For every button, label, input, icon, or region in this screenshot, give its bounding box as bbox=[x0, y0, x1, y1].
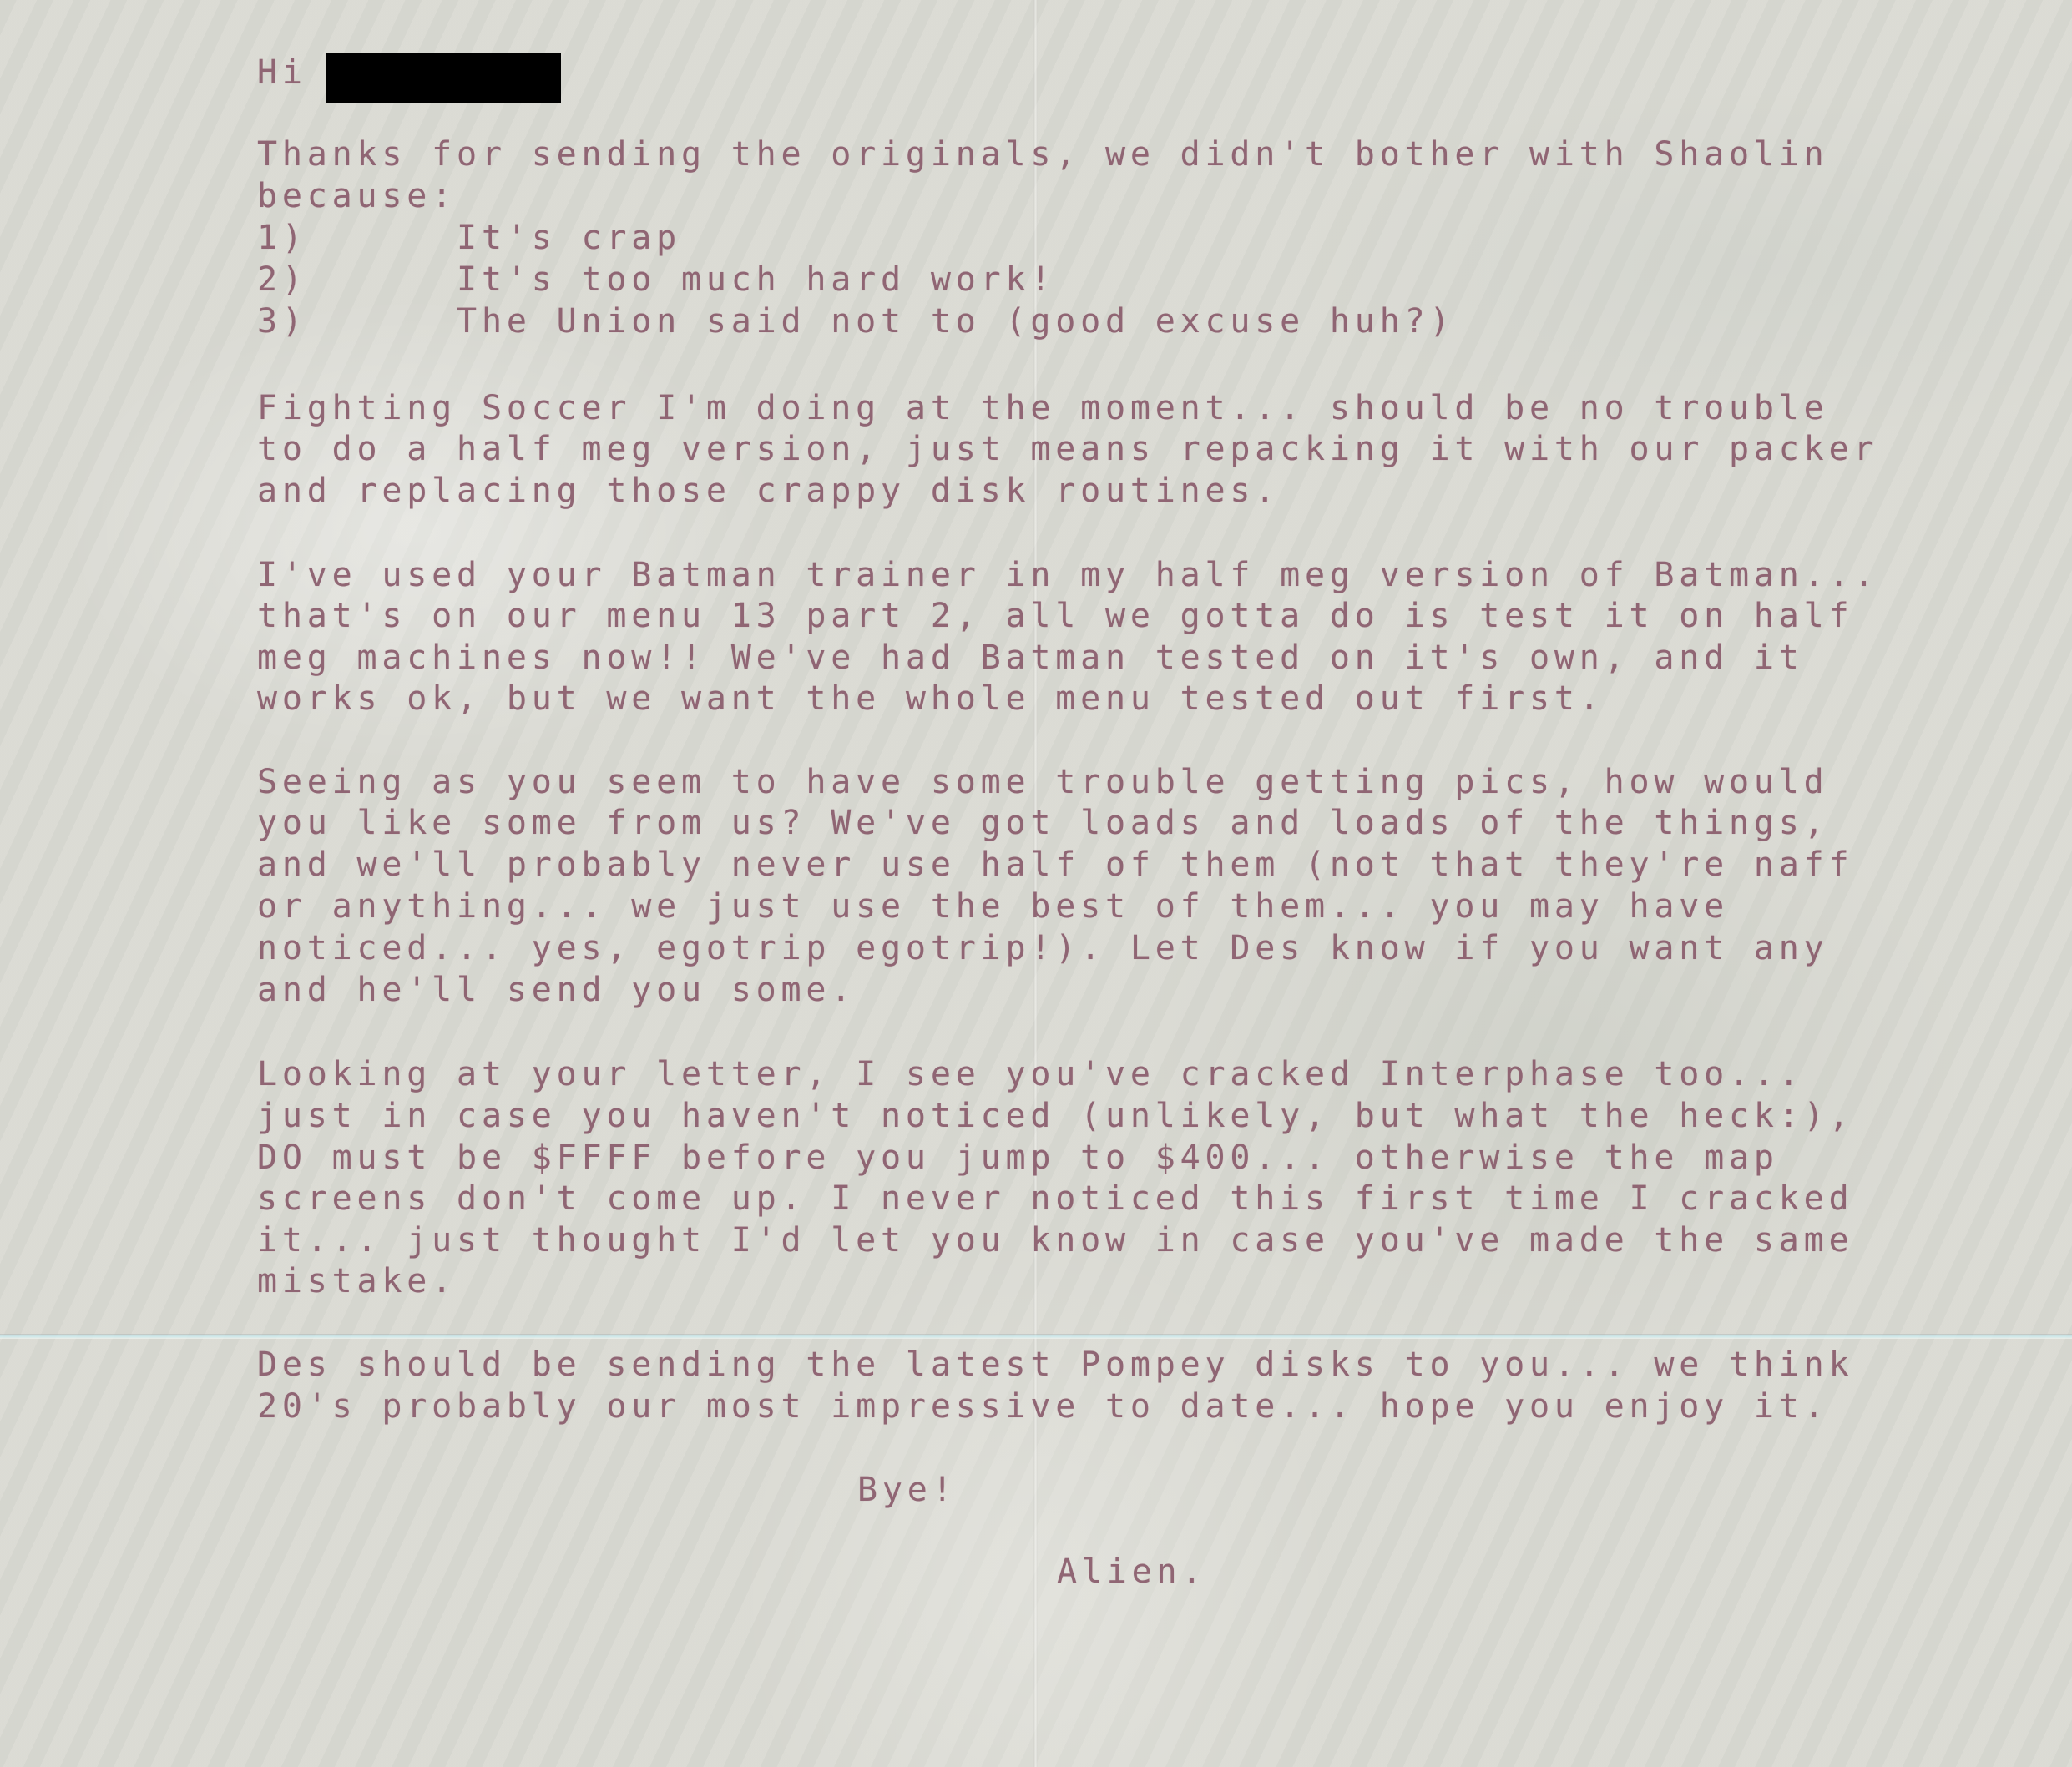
paragraph-4-line-6: and he'll send you some. bbox=[257, 969, 856, 1011]
paragraph-1-line-2: because: bbox=[257, 175, 457, 217]
paragraph-5-line-5: it... just thought I'd let you know in c… bbox=[257, 1219, 1853, 1261]
greeting: Hi bbox=[257, 52, 307, 93]
paragraph-4-line-2: you like some from us? We've got loads a… bbox=[257, 802, 1829, 844]
paragraph-3-line-3: meg machines now!! We've had Batman test… bbox=[257, 637, 1804, 679]
paragraph-4-line-3: and we'll probably never use half of the… bbox=[257, 844, 1853, 886]
signature: Alien. bbox=[1057, 1551, 1206, 1593]
paragraph-2-line-1: Fighting Soccer I'm doing at the moment.… bbox=[257, 387, 1829, 429]
paragraph-6-line-1: Des should be sending the latest Pompey … bbox=[257, 1344, 1853, 1386]
paragraph-4-line-1: Seeing as you seem to have some trouble … bbox=[257, 761, 1829, 803]
paragraph-5-line-1: Looking at your letter, I see you've cra… bbox=[257, 1053, 1804, 1095]
paragraph-2-line-3: and replacing those crappy disk routines… bbox=[257, 470, 1280, 512]
paragraph-3-line-4: works ok, but we want the whole menu tes… bbox=[257, 678, 1605, 719]
reason-list-item-1: 1) It's crap bbox=[257, 217, 681, 259]
paragraph-2-line-2: to do a half meg version, just means rep… bbox=[257, 428, 1878, 470]
paragraph-5-line-4: screens don't come up. I never noticed t… bbox=[257, 1178, 1853, 1219]
paragraph-5-line-6: mistake. bbox=[257, 1260, 457, 1302]
redacted-recipient-name bbox=[326, 53, 561, 103]
paragraph-5-line-2: just in case you haven't noticed (unlike… bbox=[257, 1095, 1853, 1137]
paragraph-4-line-5: noticed... yes, egotrip egotrip!). Let D… bbox=[257, 927, 1829, 969]
paragraph-5-line-3: DO must be $FFFF before you jump to $400… bbox=[257, 1137, 1779, 1179]
paragraph-1-line-1: Thanks for sending the originals, we did… bbox=[257, 134, 1829, 175]
paragraph-3-line-2: that's on our menu 13 part 2, all we got… bbox=[257, 595, 1853, 637]
closing: Bye! bbox=[857, 1469, 958, 1511]
paragraph-6-line-2: 20's probably our most impressive to dat… bbox=[257, 1386, 1829, 1427]
reason-list-item-2: 2) It's too much hard work! bbox=[257, 259, 1055, 300]
letter-page: Hi Thanks for sending the originals, we … bbox=[0, 0, 2072, 1767]
paragraph-4-line-4: or anything... we just use the best of t… bbox=[257, 886, 1729, 927]
reason-list-item-3: 3) The Union said not to (good excuse hu… bbox=[257, 300, 1454, 342]
paragraph-3-line-1: I've used your Batman trainer in my half… bbox=[257, 554, 1878, 596]
